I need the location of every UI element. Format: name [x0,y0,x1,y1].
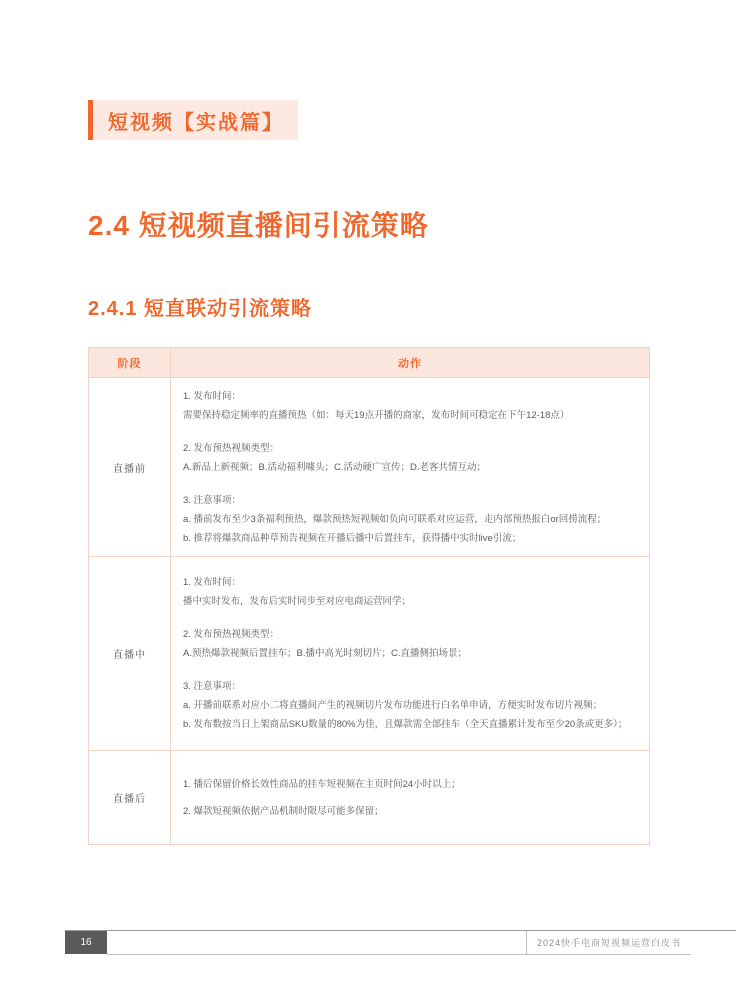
action-block: 3. 注意事项：a. 开播前联系对应小二将直播间产生的视频切片发布功能进行白名单… [183,677,641,734]
page-title: 2.4 短视频直播间引流策略 [88,204,429,244]
action-line: 3. 注意事项： [183,677,641,696]
action-line: A.新品上新视频；B.活动福利噱头；C.活动硬广宣传；D.老客共情互动； [183,458,641,477]
action-block: 1. 发布时间：播中实时发布，发布后实时同步至对应电商运营同学； [183,573,641,611]
column-header-action: 动作 [171,348,649,377]
stage-cell: 直播后 [89,751,171,844]
action-line: 1. 播后保留价格长效性商品的挂车短视频在主页时间24小时以上； [183,775,641,794]
table-row: 直播前1. 发布时间：需要保持稳定频率的直播预热（如：每天19点开播的商家，发布… [89,378,649,556]
action-block: 1. 发布时间：需要保持稳定频率的直播预热（如：每天19点开播的商家，发布时间可… [183,387,641,425]
action-line: 3. 注意事项： [183,491,641,510]
action-block: 1. 播后保留价格长效性商品的挂车短视频在主页时间24小时以上； [183,775,641,794]
action-line: 1. 发布时间： [183,573,641,592]
action-block: 2. 发布预热视频类型：A.预热爆款视频后置挂车；B.播中高光时刻切片；C.直播… [183,625,641,663]
action-cell: 1. 播后保留价格长效性商品的挂车短视频在主页时间24小时以上；2. 爆款短视频… [171,751,649,844]
action-cell: 1. 发布时间：需要保持稳定频率的直播预热（如：每天19点开播的商家，发布时间可… [171,378,649,556]
column-header-stage: 阶段 [89,348,171,377]
table-body: 直播前1. 发布时间：需要保持稳定频率的直播预热（如：每天19点开播的商家，发布… [89,378,649,844]
action-block: 2. 爆款短视频依据产品机制时限尽可能多保留； [183,802,641,821]
action-line: b. 推荐将爆款商品种草预告视频在开播后播中后置挂车，获得播中实时live引流； [183,529,641,548]
stage-cell: 直播前 [89,378,171,556]
action-line: 1. 发布时间： [183,387,641,406]
action-line: A.预热爆款视频后置挂车；B.播中高光时刻切片；C.直播侧拍场景； [183,644,641,663]
table-row: 直播中1. 发布时间：播中实时发布，发布后实时同步至对应电商运营同学；2. 发布… [89,556,649,750]
footer-doc-title: 2024快手电商短视频运营白皮书 [527,931,691,954]
footer-bottom-rule [107,954,691,955]
action-block: 2. 发布预热视频类型：A.新品上新视频；B.活动福利噱头；C.活动硬广宣传；D… [183,439,641,477]
section-subtitle: 2.4.1 短直联动引流策略 [88,292,312,321]
action-block: 3. 注意事项：a. 播前发布至少3条福利预热，爆款预热短视频如负向可联系对应运… [183,491,641,548]
action-line: a. 开播前联系对应小二将直播间产生的视频切片发布功能进行白名单申请，方便实时发… [183,696,641,715]
action-line: 需要保持稳定频率的直播预热（如：每天19点开播的商家，发布时间可稳定在下午12-… [183,406,641,425]
action-line: 2. 发布预热视频类型： [183,625,641,644]
page-number: 16 [65,931,107,954]
action-line: 2. 爆款短视频依据产品机制时限尽可能多保留； [183,802,641,821]
table-row: 直播后1. 播后保留价格长效性商品的挂车短视频在主页时间24小时以上；2. 爆款… [89,750,649,844]
action-cell: 1. 发布时间：播中实时发布，发布后实时同步至对应电商运营同学；2. 发布预热视… [171,557,649,750]
strategy-table: 阶段 动作 直播前1. 发布时间：需要保持稳定频率的直播预热（如：每天19点开播… [88,347,650,845]
section-badge: 短视频【实战篇】 [88,100,298,140]
action-line: a. 播前发布至少3条福利预热，爆款预热短视频如负向可联系对应运营，走内部预热报… [183,510,641,529]
section-badge-label: 短视频【实战篇】 [93,100,298,140]
action-line: 2. 发布预热视频类型： [183,439,641,458]
action-line: b. 发布数按当日上架商品SKU数量的80%为佳，且爆款需全部挂车（全天直播累计… [183,715,641,734]
action-line: 播中实时发布，发布后实时同步至对应电商运营同学； [183,592,641,611]
stage-cell: 直播中 [89,557,171,750]
table-header-row: 阶段 动作 [89,348,649,378]
